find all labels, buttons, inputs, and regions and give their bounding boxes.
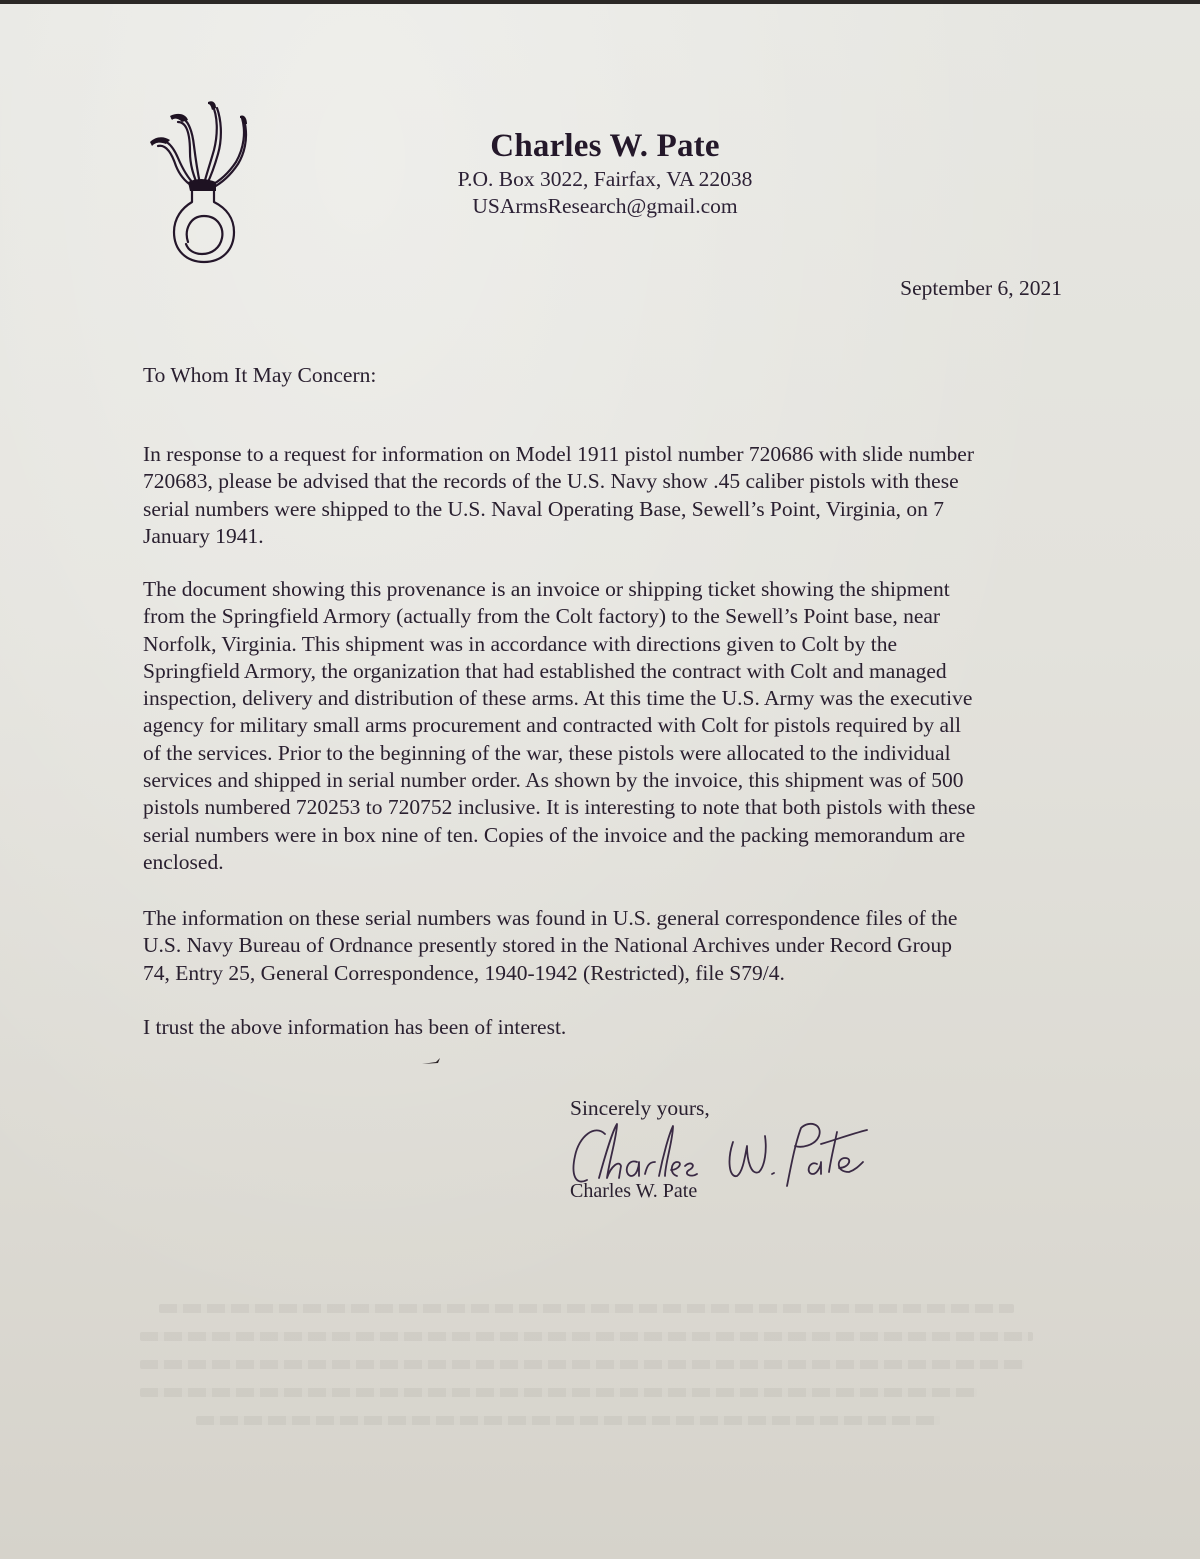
paragraph-line: 720683, please be advised that the recor… [143, 468, 1083, 495]
paragraph-line: U.S. Navy Bureau of Ordnance presently s… [143, 932, 1083, 959]
sender-email: USArmsResearch@gmail.com [400, 193, 810, 220]
paragraph-line: serial numbers were shipped to the U.S. … [143, 496, 1083, 523]
paragraph-line: serial numbers were in box nine of ten. … [143, 822, 1083, 849]
paper-mark [422, 1058, 442, 1066]
paragraph-line: services and shipped in serial number or… [143, 767, 1083, 794]
show-through-line [140, 1360, 1024, 1369]
salutation: To Whom It May Concern: [143, 361, 376, 389]
paragraph-line: 74, Entry 25, General Correspondence, 19… [143, 960, 1083, 987]
paragraph-line: The document showing this provenance is … [143, 576, 1083, 603]
letterhead: Charles W. Pate P.O. Box 3022, Fairfax, … [400, 126, 810, 220]
flaming-bomb-ordnance-icon [142, 92, 260, 272]
paragraph-line: The information on these serial numbers … [143, 905, 1083, 932]
paragraph-line: I trust the above information has been o… [143, 1014, 1083, 1041]
paragraph-line: agency for military small arms procureme… [143, 712, 1083, 739]
paragraph-line: of the services. Prior to the beginning … [143, 740, 1083, 767]
paragraph-provenance: The document showing this provenance is … [143, 576, 1083, 876]
paragraph-line: January 1941. [143, 523, 1083, 550]
paragraph-source-records: The information on these serial numbers … [143, 905, 1083, 987]
paragraph-request-response: In response to a request for information… [143, 441, 1083, 550]
paragraph-line: enclosed. [143, 849, 1083, 876]
letter-date: September 6, 2021 [900, 274, 1062, 302]
show-through-line [140, 1388, 977, 1397]
paragraph-line: Norfolk, Virginia. This shipment was in … [143, 631, 1083, 658]
sender-address: P.O. Box 3022, Fairfax, VA 22038 [400, 166, 810, 193]
show-through-line [196, 1416, 940, 1425]
typed-signature-name: Charles W. Pate [570, 1178, 697, 1204]
paragraph-line: inspection, delivery and distribution of… [143, 685, 1083, 712]
paragraph-line: In response to a request for information… [143, 441, 1083, 468]
paragraph-line: from the Springfield Armory (actually fr… [143, 603, 1083, 630]
paragraph-closing-remark: I trust the above information has been o… [143, 1014, 1083, 1041]
paragraph-line: Springfield Armory, the organization tha… [143, 658, 1083, 685]
sender-name: Charles W. Pate [400, 126, 810, 166]
show-through-line [140, 1332, 1033, 1341]
show-through-line [159, 1304, 1015, 1313]
show-through-text [140, 1304, 1070, 1444]
letter-page: Charles W. Pate P.O. Box 3022, Fairfax, … [0, 4, 1200, 1559]
paragraph-line: pistols numbered 720253 to 720752 inclus… [143, 794, 1083, 821]
